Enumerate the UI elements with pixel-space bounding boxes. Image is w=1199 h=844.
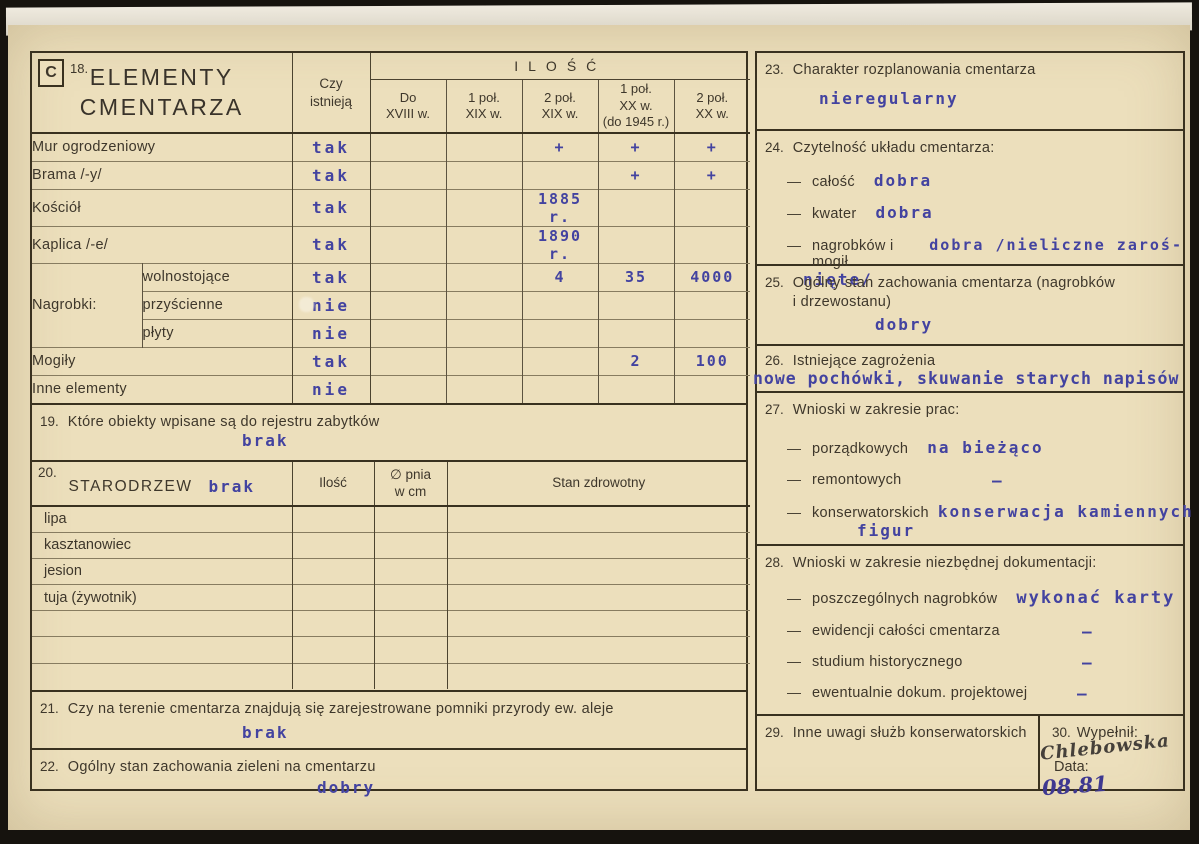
tree-label — [32, 663, 292, 689]
tree-row: tuja (żywotnik) — [32, 585, 750, 611]
row-label: płyty — [142, 319, 292, 347]
tree-label: jesion — [32, 558, 292, 584]
empty-cell — [447, 532, 750, 558]
section-23: 23. Charakter rozplanowania cmentarza ni… — [757, 53, 1183, 131]
list-item: — ewidencji całości cmentarza – — [787, 622, 1183, 639]
qty-cell — [522, 291, 598, 319]
list-item: — całość dobra — [787, 171, 1183, 190]
scanned-form: C 18. ELEMENTY CMENTARZA Czy istnieją IL… — [0, 0, 1199, 844]
empty-cell — [374, 558, 447, 584]
exists-value: tak — [292, 226, 370, 263]
period-header: 1 poł. XIX w. — [446, 79, 522, 133]
typed-answer: wykonać karty — [1016, 588, 1175, 608]
row-label: wolnostojące — [142, 263, 292, 291]
tree-label: kasztanowiec — [32, 532, 292, 558]
empty-cell — [374, 637, 447, 663]
empty-cell — [292, 637, 374, 663]
list-item: — studium historycznego – — [787, 653, 1183, 670]
qty-cell — [446, 226, 522, 263]
section-number: 27. — [765, 402, 784, 417]
typed-answer: dobra /nieliczne zaroś- — [929, 236, 1183, 254]
qty-cell — [598, 291, 674, 319]
empty-cell — [292, 611, 374, 637]
period-header: 1 poł. XX w. (do 1945 r.) — [598, 79, 674, 133]
typed-answer: – — [1082, 622, 1094, 641]
dash-bullet: — — [787, 173, 801, 189]
section-number: 24. — [765, 140, 784, 155]
section-25: 25. Ogólny stan zachowania cmentarza (na… — [757, 266, 1183, 346]
exists-value: tak — [292, 133, 370, 161]
tree-row: jesion — [32, 558, 750, 584]
qty-cell: + — [598, 161, 674, 189]
exists-value: nie — [292, 319, 370, 347]
tree-label — [32, 637, 292, 663]
section-number: 23. — [765, 62, 784, 77]
item-label: całość — [812, 174, 855, 190]
empty-cell — [374, 585, 447, 611]
empty-cell — [447, 611, 750, 637]
section-19: 19. Które obiekty wpisane są do rejestru… — [32, 403, 746, 460]
section-29: 29. Inne uwagi służb konserwatorskich — [757, 716, 1040, 790]
table-row: Nagrobki: wolnostojące tak 4 35 4000 — [32, 263, 750, 291]
row-label: Kaplica /-e/ — [32, 226, 292, 263]
item-label: studium historycznego — [812, 654, 963, 670]
group-label: Nagrobki: — [32, 263, 142, 347]
section-29-30: 29. Inne uwagi służb konserwatorskich 30… — [757, 716, 1183, 790]
exists-value: tak — [292, 161, 370, 189]
section-label: Wnioski w zakresie niezbędnej dokumentac… — [793, 554, 1097, 574]
exists-header: Czy istnieją — [292, 53, 370, 133]
row-label: Mur ogrodzeniowy — [32, 133, 292, 161]
row-label: przyścienne — [142, 291, 292, 319]
qty-cell — [522, 161, 598, 189]
section-20: 20. STARODRZEW brak Ilość ∅ pnia w cm St… — [32, 460, 746, 690]
row-label: Kościół — [32, 189, 292, 226]
elements-table: ELEMENTY CMENTARZA Czy istnieją ILOŚĆ Do… — [32, 53, 750, 403]
qty-cell — [446, 375, 522, 403]
tree-row — [32, 637, 750, 663]
qty-cell — [446, 347, 522, 375]
list-item: — ewentualnie dokum. projektowej – — [787, 684, 1183, 701]
empty-cell — [447, 585, 750, 611]
qty-cell: + — [522, 133, 598, 161]
qty-cell — [446, 263, 522, 291]
list-item: — poszczególnych nagrobków wykonać karty — [787, 588, 1183, 608]
qty-cell — [674, 189, 750, 226]
period-header: 2 poł. XX w. — [674, 79, 750, 133]
list-item: — konserwatorskich konserwacja kamiennyc… — [787, 502, 1183, 521]
section-label: Czytelność układu cmentarza: — [793, 139, 995, 159]
qty-cell: + — [598, 133, 674, 161]
qty-cell — [446, 133, 522, 161]
section-26: 26. Istniejące zagrożenia nowe pochówki,… — [757, 346, 1183, 393]
section-number: 20. — [38, 465, 57, 480]
qty-cell: 1890 r. — [522, 226, 598, 263]
qty-cell — [370, 226, 446, 263]
right-panel: 23. Charakter rozplanowania cmentarza ni… — [755, 51, 1185, 791]
dash-bullet: — — [787, 205, 801, 221]
row-label: Inne elementy — [32, 375, 292, 403]
typed-answer: dobry — [875, 315, 933, 334]
qty-cell — [598, 375, 674, 403]
col-quantity: Ilość — [292, 462, 374, 506]
section-label: Wnioski w zakresie prac: — [793, 401, 960, 421]
empty-cell — [292, 532, 374, 558]
section-label: Charakter rozplanowania cmentarza — [793, 61, 1036, 81]
item-label: ewidencji całości cmentarza — [812, 623, 1000, 639]
typed-answer: dobra — [876, 203, 934, 222]
qty-cell — [370, 319, 446, 347]
empty-cell — [447, 663, 750, 689]
typed-answer: brak — [242, 723, 289, 742]
qty-cell — [370, 291, 446, 319]
qty-cell — [446, 291, 522, 319]
typed-answer: na bieżąco — [927, 438, 1043, 457]
qty-cell: 35 — [598, 263, 674, 291]
period-header: 2 poł. XIX w. — [522, 79, 598, 133]
qty-cell — [598, 189, 674, 226]
qty-cell: + — [674, 133, 750, 161]
empty-cell — [292, 585, 374, 611]
typed-answer: – — [1082, 653, 1094, 672]
old-trees-table: 20. STARODRZEW brak Ilość ∅ pnia w cm St… — [32, 462, 750, 689]
section-number: 28. — [765, 555, 784, 570]
empty-cell — [292, 558, 374, 584]
qty-cell — [370, 133, 446, 161]
item-label: konserwatorskich — [812, 505, 929, 521]
typed-answer: nowe pochówki, skuwanie starych napisów — [753, 369, 1179, 388]
period-header: Do XVIII w. — [370, 79, 446, 133]
section-22: 22. Ogólny stan zachowania zieleni na cm… — [32, 748, 746, 805]
section-28: 28. Wnioski w zakresie niezbędnej dokume… — [757, 546, 1183, 716]
dash-bullet: — — [787, 684, 801, 700]
qty-cell: 4000 — [674, 263, 750, 291]
empty-cell — [447, 637, 750, 663]
list-item: — porządkowych na bieżąco — [787, 438, 1183, 457]
table-row: Brama /-y/ tak + + — [32, 161, 750, 189]
exists-value: tak — [292, 263, 370, 291]
qty-cell — [674, 291, 750, 319]
typed-answer: dobry — [317, 778, 375, 797]
qty-cell — [674, 375, 750, 403]
trees-title-cell: 20. STARODRZEW brak — [32, 462, 292, 506]
qty-cell — [370, 263, 446, 291]
qty-cell — [674, 226, 750, 263]
trees-title: STARODRZEW — [68, 478, 192, 496]
section-number: 29. — [765, 725, 784, 740]
section-18-number: 18. — [70, 61, 88, 76]
exists-value: nie — [292, 375, 370, 403]
empty-cell — [447, 558, 750, 584]
paper-card: C 18. ELEMENTY CMENTARZA Czy istnieją IL… — [8, 25, 1190, 830]
dash-bullet: — — [787, 440, 801, 456]
qty-cell — [370, 375, 446, 403]
qty-cell: 2 — [598, 347, 674, 375]
typed-answer: konserwacja kamiennych — [938, 502, 1194, 521]
empty-cell — [292, 663, 374, 689]
qty-cell: 1885 r. — [522, 189, 598, 226]
section-number: 25. — [765, 275, 784, 290]
typed-answer: nieregularny — [819, 89, 959, 108]
typed-answer: dobra — [874, 171, 932, 190]
tree-row — [32, 663, 750, 689]
left-panel: C 18. ELEMENTY CMENTARZA Czy istnieją IL… — [30, 51, 748, 791]
table-row: Mogiły tak 2 100 — [32, 347, 750, 375]
section-27: 27. Wnioski w zakresie prac: — porządkow… — [757, 393, 1183, 546]
qty-cell — [522, 347, 598, 375]
item-label: ewentualnie dokum. projektowej — [812, 685, 1027, 701]
dash-bullet: — — [787, 471, 801, 487]
table-row: Kościół tak 1885 r. — [32, 189, 750, 226]
section-label: Ogólny stan zachowania zieleni na cmenta… — [68, 758, 376, 778]
section-label: Inne uwagi służb konserwatorskich — [793, 724, 1027, 744]
tree-row — [32, 611, 750, 637]
typed-answer: – — [992, 471, 1004, 490]
section-number: 30. — [1052, 725, 1071, 740]
qty-cell — [446, 319, 522, 347]
corner-letter: C — [38, 59, 64, 87]
dash-bullet: — — [787, 237, 801, 253]
qty-cell — [446, 189, 522, 226]
row-label: Brama /-y/ — [32, 161, 292, 189]
typed-answer-wrap: figur — [857, 521, 1183, 540]
dash-bullet: — — [787, 590, 801, 606]
section-number: 22. — [40, 759, 59, 774]
qty-cell — [370, 189, 446, 226]
qty-cell — [674, 319, 750, 347]
table-row: Mur ogrodzeniowy tak + + + — [32, 133, 750, 161]
qty-cell — [446, 161, 522, 189]
item-label: poszczególnych nagrobków — [812, 591, 997, 607]
col-trunk-diameter: ∅ pnia w cm — [374, 462, 447, 506]
item-label: remontowych — [812, 472, 902, 488]
qty-cell: + — [674, 161, 750, 189]
table-row: Inne elementy nie — [32, 375, 750, 403]
dash-bullet: — — [787, 504, 801, 520]
dash-bullet: — — [787, 653, 801, 669]
qty-cell: 4 — [522, 263, 598, 291]
empty-cell — [374, 663, 447, 689]
qty-cell — [598, 226, 674, 263]
item-label: porządkowych — [812, 441, 908, 457]
section-number: 26. — [765, 353, 784, 368]
qty-cell — [522, 319, 598, 347]
section-21: 21. Czy na terenie cmentarza znajdują si… — [32, 690, 746, 748]
qty-cell — [370, 161, 446, 189]
exists-value: tak — [292, 189, 370, 226]
tree-row: lipa — [32, 506, 750, 532]
section-number: 21. — [40, 701, 59, 716]
section-label: Które obiekty wpisane są do rejestru zab… — [68, 413, 380, 433]
exists-value: tak — [292, 347, 370, 375]
section-30: 30. Wypełnił: Chlebowska Data: 08.81 — [1040, 716, 1183, 790]
date-value: 08.81 — [1041, 770, 1108, 800]
empty-cell — [374, 611, 447, 637]
empty-cell — [447, 506, 750, 532]
section-number: 19. — [40, 414, 59, 429]
section-24: 24. Czytelność układu cmentarza: — całoś… — [757, 131, 1183, 266]
table-row: Kaplica /-e/ tak 1890 r. — [32, 226, 750, 263]
dash-bullet: — — [787, 622, 801, 638]
row-label: Mogiły — [32, 347, 292, 375]
qty-cell — [598, 319, 674, 347]
section-label: Czy na terenie cmentarza znajdują się za… — [68, 700, 614, 720]
qty-cell — [522, 375, 598, 403]
empty-cell — [374, 532, 447, 558]
item-label: kwater — [812, 206, 857, 222]
tree-label — [32, 611, 292, 637]
empty-cell — [292, 506, 374, 532]
qty-cell — [370, 347, 446, 375]
typed-answer: brak — [242, 431, 289, 450]
tree-label: lipa — [32, 506, 292, 532]
quantity-header: ILOŚĆ — [370, 53, 750, 79]
col-health: Stan zdrowotny — [447, 462, 750, 506]
qty-cell: 100 — [674, 347, 750, 375]
typed-answer: – — [1077, 684, 1089, 703]
list-item: — kwater dobra — [787, 203, 1183, 222]
tree-label: tuja (żywotnik) — [32, 585, 292, 611]
tree-row: kasztanowiec — [32, 532, 750, 558]
empty-cell — [374, 506, 447, 532]
section-label: Ogólny stan zachowania cmentarza (nagrob… — [793, 274, 1115, 313]
typed-answer: brak — [209, 477, 256, 496]
exists-value: nie — [292, 291, 370, 319]
list-item: — remontowych – — [787, 471, 1183, 488]
